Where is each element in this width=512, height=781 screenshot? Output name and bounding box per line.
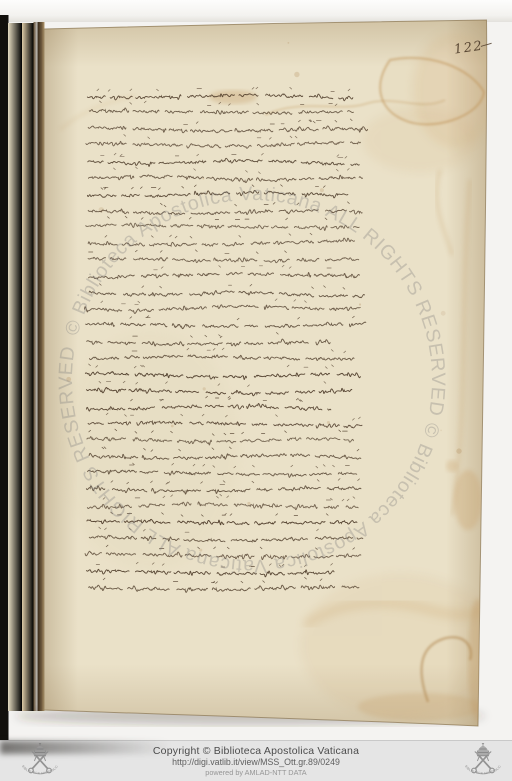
vatican-library-emblem-right: BIBLIOTECA APOSTOLICA VATICANA bbox=[459, 741, 507, 781]
footer-url: http://digi.vatlib.it/view/MSS_Ott.gr.89… bbox=[172, 757, 340, 768]
book-left-edge bbox=[0, 15, 9, 740]
footer-bar: Copyright © Biblioteca Apostolica Vatica… bbox=[0, 740, 512, 781]
manuscript-photo: 122 © Biblioteca Apostolica Vaticana ALL… bbox=[0, 0, 512, 740]
manuscript-scan-view: 122 © Biblioteca Apostolica Vaticana ALL… bbox=[0, 0, 512, 781]
vatican-library-emblem-left: BIBLIOTECA APOSTOLICA VATICANA bbox=[16, 741, 64, 781]
facing-page bbox=[8, 23, 34, 711]
scan-background-top bbox=[0, 0, 512, 22]
footer-copyright: Copyright © Biblioteca Apostolica Vatica… bbox=[153, 745, 359, 757]
book-gutter bbox=[34, 22, 45, 711]
footer-powered-by: powered by AMLAD-NTT DATA bbox=[205, 768, 306, 778]
